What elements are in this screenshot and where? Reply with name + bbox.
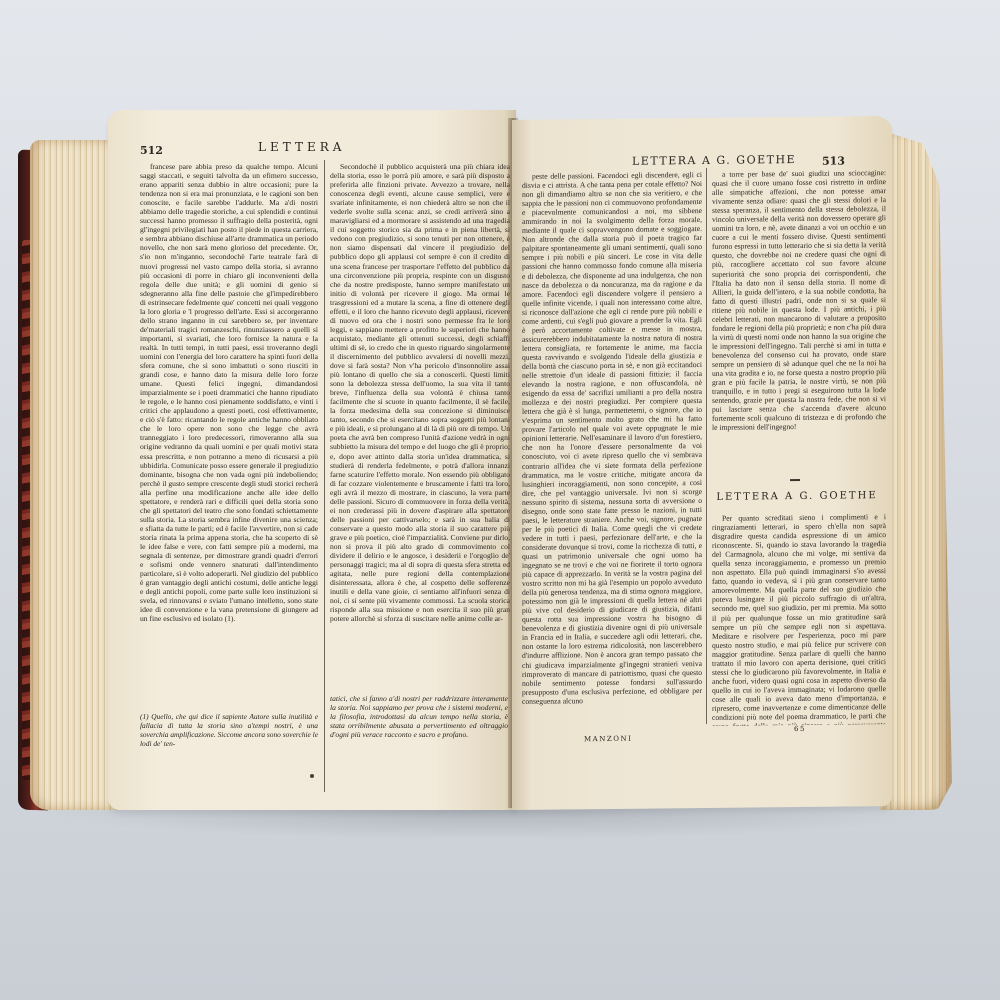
text-column-right-2-top: a torre per base de' suoi giudizi una sc… xyxy=(712,168,886,470)
printer-signature: MANZONI xyxy=(584,735,632,744)
section-title: LETTERA A G. GOETHE xyxy=(712,490,882,503)
ink-spot xyxy=(310,774,314,778)
column-text: francese pare abbia preso da qualche tem… xyxy=(140,162,318,623)
running-head-left: LETTERA xyxy=(258,140,345,154)
column-text: tatici, che si fanno a'di nostri per rad… xyxy=(330,694,508,739)
page-number-right: 513 xyxy=(822,155,845,168)
text-column-right-1: peste delle passioni. Facendoci egli dis… xyxy=(522,170,702,728)
signature-mark: 65 xyxy=(794,725,806,733)
right-page: LETTERA A G. GOETHE 513 peste delle pass… xyxy=(512,116,892,810)
photo-scene: 512 LETTERA francese pare abbia preso da… xyxy=(0,0,1000,1000)
page-number-left: 512 xyxy=(140,144,163,157)
text-column-right-2-bottom: Per quanto screditati sieno i compliment… xyxy=(712,512,886,726)
left-page: 512 LETTERA francese pare abbia preso da… xyxy=(108,110,516,810)
text-column-left-2: Secondochè il pubblico acquisterà una pi… xyxy=(330,162,510,682)
column-text: Secondochè il pubblico acquisterà una pi… xyxy=(330,162,510,623)
column-text: peste delle passioni. Facendoci egli dis… xyxy=(522,170,702,706)
column-text: a torre per base de' suoi giudizi una sc… xyxy=(712,168,886,432)
footnote: (1) Quello, che qui dice il sapiente Aut… xyxy=(140,712,318,748)
text-column-left-2-continued: tatici, che si fanno a'di nostri per rad… xyxy=(330,694,508,754)
column-rule xyxy=(324,160,325,792)
running-head-right: LETTERA A G. GOETHE xyxy=(632,153,796,168)
section-divider xyxy=(790,479,800,481)
column-rule xyxy=(706,168,707,724)
page-edges-left xyxy=(30,140,120,810)
text-column-left-1: francese pare abbia preso da qualche tem… xyxy=(140,162,318,710)
column-text: Per quanto screditati sieno i compliment… xyxy=(712,512,886,726)
